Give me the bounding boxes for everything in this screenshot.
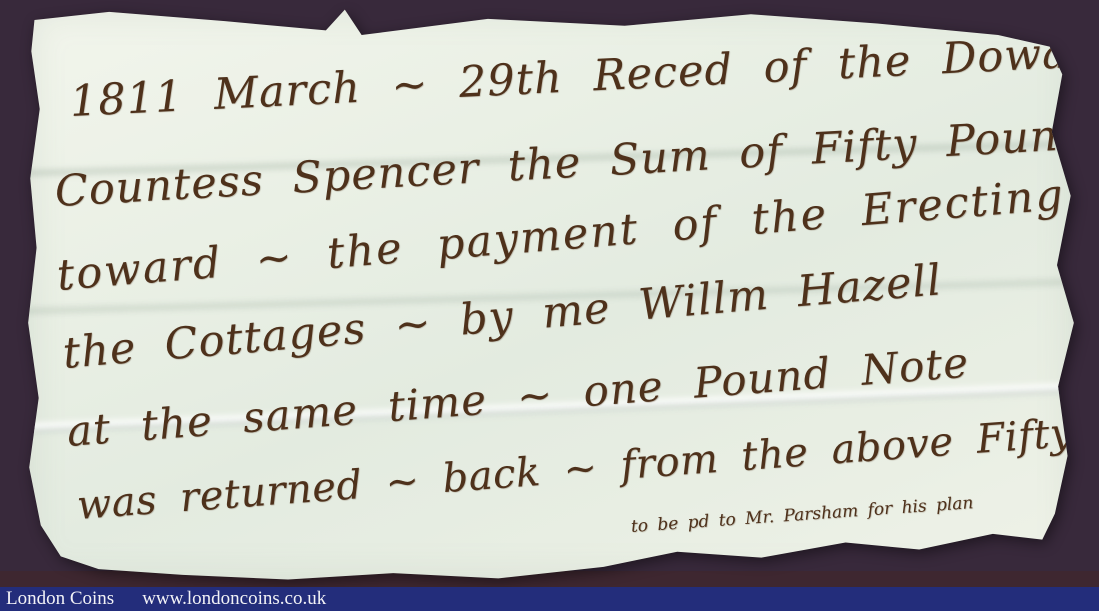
auction-lot-photo-page: 1811 March ~ 29th Reced of the Dowager C… [0, 0, 1099, 611]
handwriting-line-1: 1811 March ~ 29th Reced of the Dowager [69, 24, 1099, 127]
receipt-paper-wrap: 1811 March ~ 29th Reced of the Dowager C… [25, 5, 1077, 583]
handwriting-note: to be pd to Mr. Parsham for his plan [630, 493, 974, 537]
receipt-paper: 1811 March ~ 29th Reced of the Dowager C… [25, 5, 1077, 583]
footer-url-link[interactable]: www.londoncoins.co.uk [142, 588, 326, 609]
footer-bar: London Coinswww.londoncoins.co.uk [0, 587, 1099, 611]
footer-brand: London Coins [6, 588, 114, 609]
